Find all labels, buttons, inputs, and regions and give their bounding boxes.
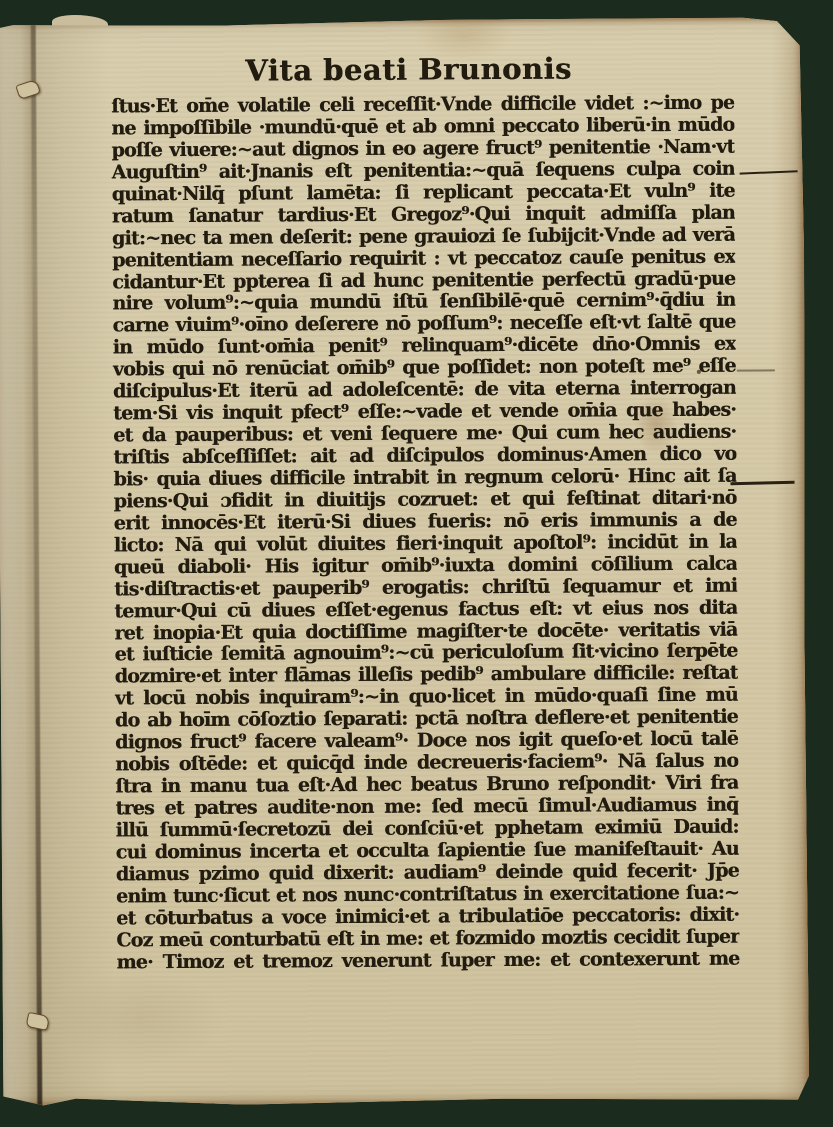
margin-rule-3 — [737, 369, 775, 371]
text-block: ſtus·Et om̄e volatile celi receſſit·Vnde… — [111, 93, 739, 974]
ink-speck — [697, 370, 701, 374]
photo-background: Vita beati Brunonis ſtus·Et om̄e volatil… — [0, 0, 833, 1127]
book-page: Vita beati Brunonis ſtus·Et om̄e volatil… — [0, 17, 809, 1106]
page-title: Vita beati Brunonis — [97, 51, 720, 89]
margin-rule-2 — [730, 481, 794, 485]
margin-rule-1 — [740, 170, 798, 174]
text-line: me· Timoz et tremoz venerunt ſuper me: e… — [116, 948, 739, 974]
